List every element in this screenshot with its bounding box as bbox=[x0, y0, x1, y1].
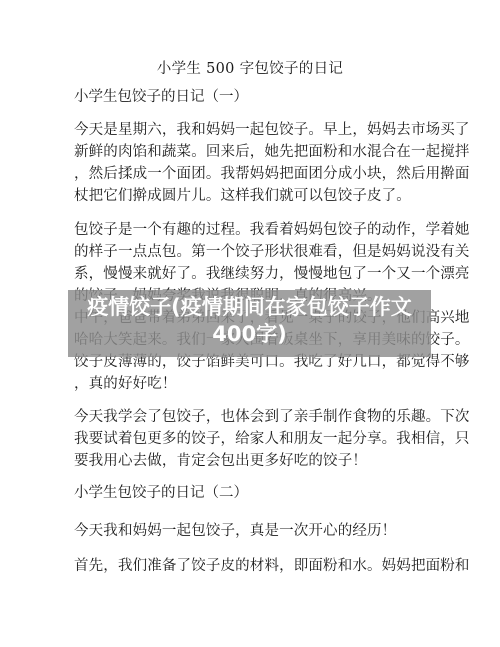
text-line: ，然后揉成一个面团。我帮妈妈把面团分成小块，然后用擀面 bbox=[74, 163, 430, 185]
overlay-banner-title: 疫情饺子(疫情期间在家包饺子作文 400字) bbox=[68, 290, 431, 357]
paragraph-4: 今天我学会了包饺子，也体会到了亲手制作食物的乐趣。下次 我要试着包更多的饺子，给… bbox=[74, 406, 430, 472]
text-line: 今天我学会了包饺子，也体会到了亲手制作食物的乐趣。下次 bbox=[74, 406, 430, 428]
text-line: 的样子一点点包。第一个饺子形状很难看，但是妈妈说没有关 bbox=[74, 241, 430, 263]
banner-line-1: 疫情饺子(疫情期间在家包饺子作文 bbox=[68, 294, 431, 321]
text-line: 今天我和妈妈一起包饺子，真是一次开心的经历！ bbox=[74, 520, 430, 542]
paragraph-5: 今天我和妈妈一起包饺子，真是一次开心的经历！ bbox=[74, 520, 430, 542]
text-line: 新鲜的肉馅和蔬菜。回来后，她先把面粉和水混合在一起搅拌 bbox=[74, 141, 430, 163]
text-line: 要我用心去做，肯定会包出更多好吃的饺子！ bbox=[74, 450, 430, 472]
text-line: 首先，我们准备了饺子皮的材料，即面粉和水。妈妈把面粉和 bbox=[74, 555, 430, 577]
text-line: 我要试着包更多的饺子，给家人和朋友一起分享。我相信，只 bbox=[74, 428, 430, 450]
banner-line-2: 400字) bbox=[68, 321, 431, 348]
text-line: 杖把它们擀成圆片儿。这样我们就可以包饺子皮了。 bbox=[74, 185, 430, 207]
text-line: 系，慢慢来就好了。我继续努力，慢慢地包了一个又一个漂亮 bbox=[74, 263, 430, 285]
paragraph-6: 首先，我们准备了饺子皮的材料，即面粉和水。妈妈把面粉和 bbox=[74, 555, 430, 577]
text-line: 今天是星期六，我和妈妈一起包饺子。早上，妈妈去市场买了 bbox=[74, 119, 430, 141]
document-title: 小学生 500 字包饺子的日记 bbox=[0, 58, 500, 80]
text-line: 包饺子是一个有趣的过程。我看着妈妈包饺子的动作，学着她 bbox=[74, 219, 430, 241]
paragraph-1: 今天是星期六，我和妈妈一起包饺子。早上，妈妈去市场买了 新鲜的肉馅和蔬菜。回来后… bbox=[74, 119, 430, 207]
document-page: 小学生 500 字包饺子的日记 小学生包饺子的日记（一） 今天是星期六，我和妈妈… bbox=[0, 0, 500, 647]
text-line: ，真的好好吃！ bbox=[74, 373, 430, 395]
section-heading-2: 小学生包饺子的日记（二） bbox=[74, 482, 248, 504]
section-heading-1: 小学生包饺子的日记（一） bbox=[74, 86, 248, 108]
